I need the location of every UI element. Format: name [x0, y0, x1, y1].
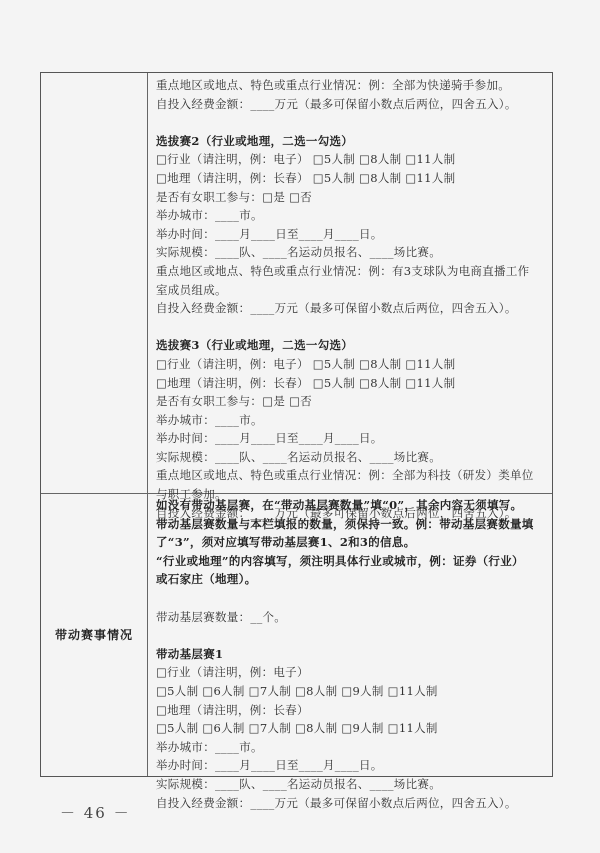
- driven-matches-content: 如没有带动基层赛，在“带动基层赛数量”填“0”，其余内容无须填写。 带动基层赛数…: [148, 493, 552, 776]
- instruction-note: 如没有带动基层赛，在“带动基层赛数量”填“0”，其余内容无须填写。: [156, 496, 544, 515]
- instruction-note: 带动基层赛数量与本栏填报的数量，须保持一致。例：带动基层赛数量填: [156, 515, 544, 534]
- host-time-line[interactable]: 举办时间：____月____日至____月____日。: [156, 429, 544, 448]
- industry-checkbox-line[interactable]: □行业（请注明，例：电子） □5人制 □8人制 □11人制: [156, 150, 544, 169]
- instruction-note: 或石家庄（地理）。: [156, 570, 544, 589]
- funding-line: 自投入经费金额：____万元（最多可保留小数点后两位，四舍五入）。: [156, 95, 544, 114]
- industry-format-options[interactable]: □5人制 □6人制 □7人制 □8人制 □9人制 □11人制: [156, 682, 544, 701]
- key-region-line: 重点地区或地点、特色或重点行业情况：例：全部为科技（研发）类单位: [156, 466, 544, 485]
- form-table: 重点地区或地点、特色或重点行业情况：例：全部为快递骑手参加。 自投入经费金额：_…: [40, 72, 553, 777]
- geo-format-options[interactable]: □5人制 □6人制 □7人制 □8人制 □9人制 □11人制: [156, 719, 544, 738]
- host-city-line[interactable]: 举办城市：____市。: [156, 206, 544, 225]
- scale-line[interactable]: 实际规模：____队、____名运动员报名、____场比赛。: [156, 448, 544, 467]
- driven-count-line[interactable]: 带动基层赛数量：__个。: [156, 608, 544, 627]
- funding-line[interactable]: 自投入经费金额：____万元（最多可保留小数点后两位，四舍五入）。: [156, 299, 544, 318]
- selection-matches-row: 重点地区或地点、特色或重点行业情况：例：全部为快递骑手参加。 自投入经费金额：_…: [41, 73, 552, 494]
- instruction-note: “行业或地理”的内容填写，须注明具体行业或城市，例：证券（行业）: [156, 552, 544, 571]
- row-label: 带动赛事情况: [55, 626, 133, 643]
- female-participation-line[interactable]: 是否有女职工参与：□是 □否: [156, 188, 544, 207]
- key-region-line: 重点地区或地点、特色或重点行业情况：例：全部为快递骑手参加。: [156, 76, 544, 95]
- page-number: － 46 －: [60, 802, 131, 823]
- industry-checkbox-line[interactable]: □行业（请注明，例：电子）: [156, 663, 544, 682]
- geo-checkbox-line[interactable]: □地理（请注明，例：长春）: [156, 701, 544, 720]
- host-city-line[interactable]: 举办城市：____市。: [156, 411, 544, 430]
- key-region-line: 重点地区或地点、特色或重点行业情况：例：有3支球队为电商直播工作: [156, 262, 544, 281]
- key-region-line-cont: 室成员组成。: [156, 281, 544, 300]
- instruction-note: 了“3”，须对应填写带动基层赛1、2和3的信息。: [156, 533, 544, 552]
- host-time-line[interactable]: 举办时间：____月____日至____月____日。: [156, 756, 544, 775]
- row-label-cell: 带动赛事情况: [41, 493, 148, 776]
- female-participation-line[interactable]: 是否有女职工参与：□是 □否: [156, 392, 544, 411]
- driven-matches-row: 带动赛事情况 如没有带动基层赛，在“带动基层赛数量”填“0”，其余内容无须填写。…: [41, 493, 552, 776]
- geo-checkbox-line[interactable]: □地理（请注明，例：长春） □5人制 □8人制 □11人制: [156, 374, 544, 393]
- funding-line[interactable]: 自投入经费金额：____万元（最多可保留小数点后两位，四舍五入）。: [156, 794, 544, 813]
- section-title: 选拔赛2（行业或地理，二选一勾选）: [156, 132, 544, 151]
- selection-matches-content: 重点地区或地点、特色或重点行业情况：例：全部为快递骑手参加。 自投入经费金额：_…: [148, 73, 552, 493]
- host-city-line[interactable]: 举办城市：____市。: [156, 738, 544, 757]
- host-time-line[interactable]: 举办时间：____月____日至____月____日。: [156, 225, 544, 244]
- section-title: 选拔赛3（行业或地理，二选一勾选）: [156, 336, 544, 355]
- scale-line[interactable]: 实际规模：____队、____名运动员报名、____场比赛。: [156, 775, 544, 794]
- scale-line[interactable]: 实际规模：____队、____名运动员报名、____场比赛。: [156, 243, 544, 262]
- row-label-cell-empty: [41, 73, 148, 493]
- sub-match-title: 带动基层赛1: [156, 645, 544, 664]
- industry-checkbox-line[interactable]: □行业（请注明，例：电子） □5人制 □8人制 □11人制: [156, 355, 544, 374]
- geo-checkbox-line[interactable]: □地理（请注明，例：长春） □5人制 □8人制 □11人制: [156, 169, 544, 188]
